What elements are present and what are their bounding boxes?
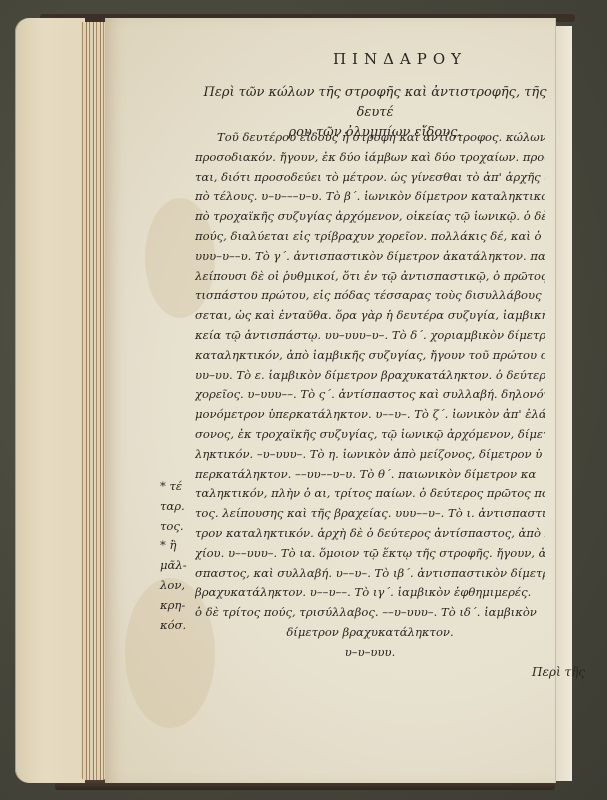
text-line: ται, διότι προσοδεύει τὸ μέτρον. ὡς γίνε… [195, 168, 545, 188]
catchword: Περὶ τῆς [532, 665, 585, 679]
text-line: σονος, ἐκ τροχαϊκῆς συζυγίας, τῷ ἰωνικῷ … [195, 425, 545, 445]
text-line: τισπάστου πρώτου, εἰς πόδας τέσσαρας τοὺ… [195, 286, 545, 306]
margin-note: * ἢ [160, 536, 202, 556]
text-line: περκατάληκτον. ––υυ––υ–υ. Τὸ θ΄. παιωνικ… [195, 465, 545, 485]
margin-notes: * τέ ταρ. τος. * ἢ μᾶλ- λον, κρη- κόσ. [160, 477, 202, 635]
text-line: ὁ δὲ τρίτος πούς, τρισύλλαβος. ––υ–υυυ–.… [195, 603, 545, 623]
text-line: σεται, ὡς καὶ ἐνταῦθα. ὅρα γὰρ ἡ δευτέρα… [195, 306, 545, 326]
text-line: μονόμετρον ὑπερκατάληκτον. υ––υ–. Τὸ ζ΄.… [195, 405, 545, 425]
running-head: ΠΙΝΔΑΡΟΥ [310, 50, 490, 68]
text-line: ληκτικόν. –υ–υυυ–. Τὸ η. ἰωνικὸν ἀπὸ μεί… [195, 445, 545, 465]
text-line: πὸ τέλους. υ–υ–––υ–υ. Τὸ β΄. ἰωνικὸν δίμ… [195, 187, 545, 207]
margin-note: μᾶλ- [160, 556, 202, 576]
text-line: τρον καταληκτικόν. ἀρχὴ δὲ ὁ δεύτερος ἀν… [195, 524, 545, 544]
text-line: χορεῖος. υ–υυυ––. Τὸ ς΄. ἀντίσπαστος καὶ… [195, 385, 545, 405]
margin-note: κρη- [160, 596, 202, 616]
left-page-leaf [15, 18, 85, 783]
text-line: δίμετρον βραχυκατάληκτον. [195, 623, 545, 643]
margin-note: λον, [160, 576, 202, 596]
text-line: πὸ τροχαϊκῆς συζυγίας ἀρχόμενον, οἰκείας… [195, 207, 545, 227]
margin-note: κόσ. [160, 616, 202, 636]
text-line: χίου. υ––υυυ–. Τὸ ια. ὅμοιον τῷ ἕκτῳ τῆς… [195, 544, 545, 564]
text-line: υ–υ–υυυ. [195, 643, 545, 663]
text-line: υυυ–υ––υ. Τὸ γ΄. ἀντισπαστικὸν δίμετρον … [195, 247, 545, 267]
text-line: πούς, διαλύεται εἰς τρίβραχυν χορεῖον. π… [195, 227, 545, 247]
text-line: βραχυκατάληκτον. υ––υ––. Τὸ ιγ΄. ἰαμβικὸ… [195, 583, 545, 603]
text-line: προσοδιακόν. ἤγουν, ἐκ δύο ἰάμβων καὶ δύ… [195, 148, 545, 168]
text-line: ταληκτικόν, πλὴν ὁ αι, τρίτος παίων. ὁ δ… [195, 484, 545, 504]
body-text: Τοῦ δευτέρου εἴδους ἡ στροφὴ καὶ ἀντίστρ… [195, 128, 545, 663]
text-line: σπαστος, καὶ συλλαβή. υ––υ–. Τὸ ιβ΄. ἀντ… [195, 564, 545, 584]
page-edges-gutter [80, 22, 108, 780]
margin-note: * τέ [160, 477, 202, 497]
margin-note: ταρ. [160, 497, 202, 517]
heading-line: Περὶ τῶν κώλων τῆς στροφῆς καὶ ἀντιστροφ… [195, 83, 555, 123]
text-line: λείπουσι δὲ οἱ ῥυθμικοί, ὅτι ἐν τῷ ἀντισ… [195, 267, 545, 287]
text-line: καταληκτικόν, ἀπὸ ἰαμβικῆς συζυγίας, ἤγο… [195, 346, 545, 366]
text-line: κεία τῷ ἀντισπάστῳ. υυ–υυυ–υ–. Τὸ δ΄. χο… [195, 326, 545, 346]
text-line: τος. λείπουσης καὶ τῆς βραχείας. υυυ––υ–… [195, 504, 545, 524]
text-line: υυ–υυ. Τὸ ε. ἰαμβικὸν δίμετρον βραχυκατά… [195, 366, 545, 386]
text-line: Τοῦ δευτέρου εἴδους ἡ στροφὴ καὶ ἀντίστρ… [195, 128, 545, 148]
margin-note: τος. [160, 517, 202, 537]
